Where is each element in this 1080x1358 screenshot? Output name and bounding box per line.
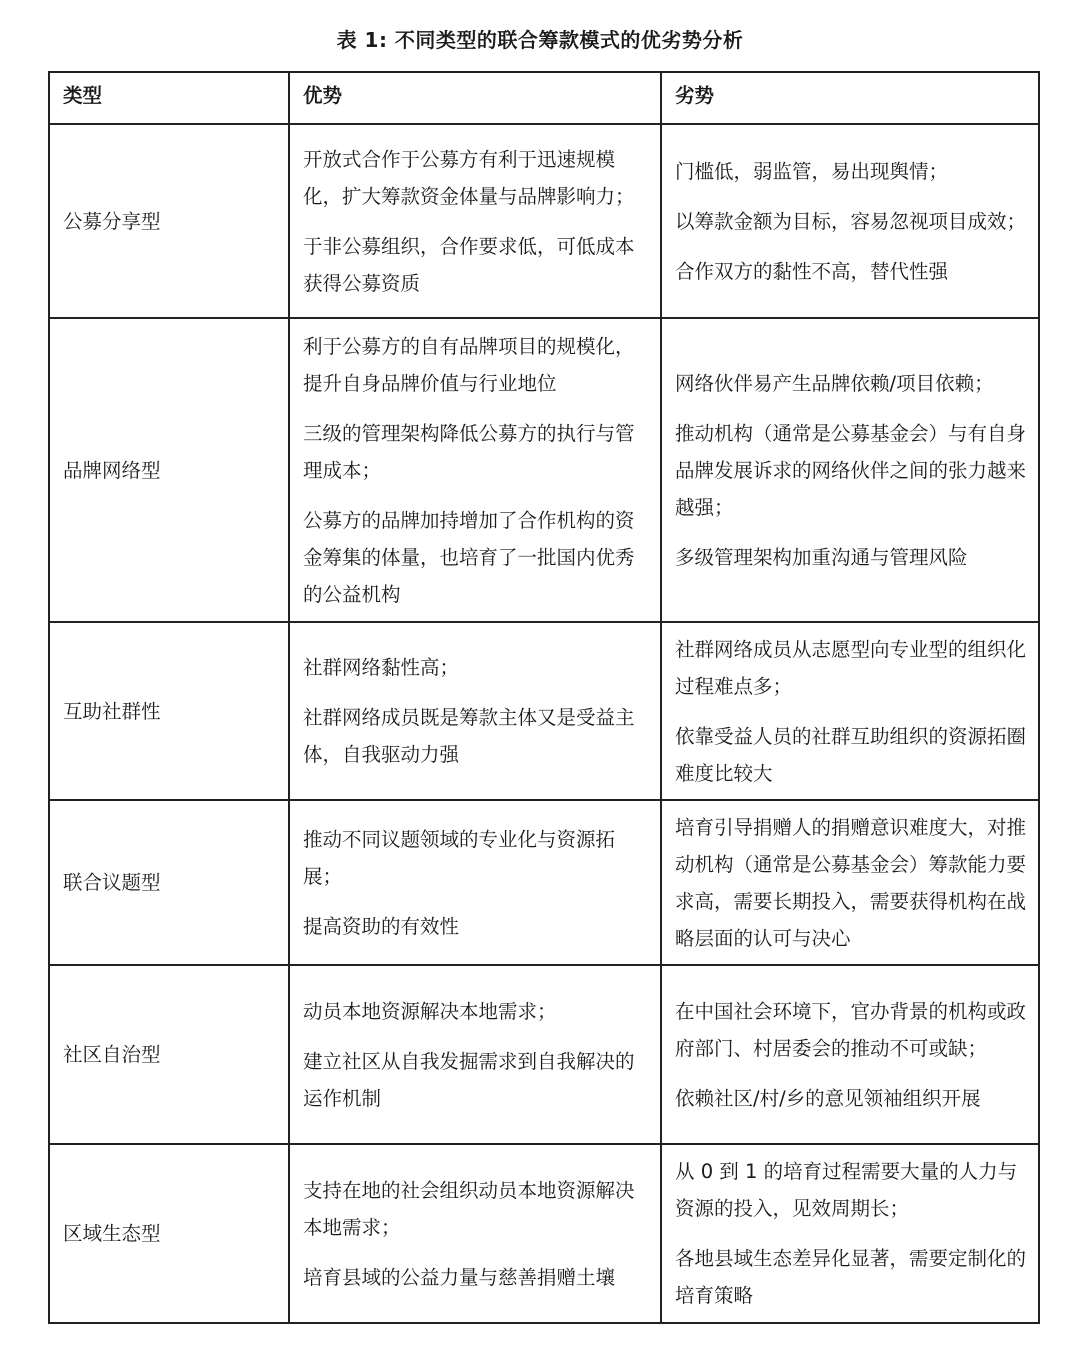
table-row: 公募分享型开放式合作于公募方有利于迅速规模化，扩大筹款资金体量与品牌影响力；于非… — [49, 124, 1039, 318]
cell-type: 公募分享型 — [49, 124, 289, 318]
advantage-item: 于非公募组织，合作要求低，可低成本获得公募资质 — [303, 228, 648, 302]
header-advantages: 优势 — [289, 72, 661, 124]
advantage-item: 支持在地的社会组织动员本地资源解决本地需求； — [303, 1172, 648, 1246]
disadvantage-item: 依赖社区/村/乡的意见领袖组织开展 — [675, 1080, 1026, 1117]
advantage-item: 社群网络成员既是筹款主体又是受益主体，自我驱动力强 — [303, 699, 648, 773]
table-row: 互助社群性社群网络黏性高；社群网络成员既是筹款主体又是受益主体，自我驱动力强社群… — [49, 622, 1039, 800]
comparison-table: 类型 优势 劣势 公募分享型开放式合作于公募方有利于迅速规模化，扩大筹款资金体量… — [48, 71, 1040, 1324]
disadvantage-item: 在中国社会环境下，官办背景的机构或政府部门、村居委会的推动不可或缺； — [675, 993, 1026, 1067]
advantage-item: 社群网络黏性高； — [303, 649, 648, 686]
header-type: 类型 — [49, 72, 289, 124]
cell-type: 区域生态型 — [49, 1144, 289, 1323]
disadvantage-item: 各地县域生态差异化显著，需要定制化的培育策略 — [675, 1240, 1026, 1314]
disadvantage-item: 依靠受益人员的社群互助组织的资源拓圈难度比较大 — [675, 718, 1026, 792]
advantage-item: 动员本地资源解决本地需求； — [303, 993, 648, 1030]
advantage-item: 提高资助的有效性 — [303, 908, 648, 945]
disadvantage-item: 以筹款金额为目标，容易忽视项目成效； — [675, 203, 1026, 240]
advantage-item: 利于公募方的自有品牌项目的规模化，提升自身品牌价值与行业地位 — [303, 328, 648, 402]
table-header-row: 类型 优势 劣势 — [49, 72, 1039, 124]
cell-disadvantages: 网络伙伴易产生品牌依赖/项目依赖；推动机构（通常是公募基金会）与有自身品牌发展诉… — [661, 318, 1039, 622]
table-row: 品牌网络型利于公募方的自有品牌项目的规模化，提升自身品牌价值与行业地位三级的管理… — [49, 318, 1039, 622]
cell-type: 品牌网络型 — [49, 318, 289, 622]
advantage-item: 三级的管理架构降低公募方的执行与管理成本； — [303, 415, 648, 489]
disadvantage-item: 合作双方的黏性不高，替代性强 — [675, 253, 1026, 290]
table-row: 区域生态型支持在地的社会组织动员本地资源解决本地需求；培育县域的公益力量与慈善捐… — [49, 1144, 1039, 1323]
table-row: 社区自治型动员本地资源解决本地需求；建立社区从自我发掘需求到自我解决的运作机制在… — [49, 965, 1039, 1144]
cell-type: 联合议题型 — [49, 800, 289, 965]
cell-disadvantages: 培育引导捐赠人的捐赠意识难度大，对推动机构（通常是公募基金会）筹款能力要求高，需… — [661, 800, 1039, 965]
disadvantage-item: 从 0 到 1 的培育过程需要大量的人力与资源的投入，见效周期长； — [675, 1153, 1026, 1227]
disadvantage-item: 培育引导捐赠人的捐赠意识难度大，对推动机构（通常是公募基金会）筹款能力要求高，需… — [675, 809, 1026, 957]
table-caption: 表 1: 不同类型的联合筹款模式的优劣势分析 — [0, 24, 1080, 53]
cell-disadvantages: 社群网络成员从志愿型向专业型的组织化过程难点多；依靠受益人员的社群互助组织的资源… — [661, 622, 1039, 800]
table-row: 联合议题型推动不同议题领域的专业化与资源拓展；提高资助的有效性培育引导捐赠人的捐… — [49, 800, 1039, 965]
advantage-item: 公募方的品牌加持增加了合作机构的资金筹集的体量，也培育了一批国内优秀的公益机构 — [303, 502, 648, 613]
cell-type: 互助社群性 — [49, 622, 289, 800]
disadvantage-item: 网络伙伴易产生品牌依赖/项目依赖； — [675, 365, 1026, 402]
cell-advantages: 社群网络黏性高；社群网络成员既是筹款主体又是受益主体，自我驱动力强 — [289, 622, 661, 800]
advantage-item: 推动不同议题领域的专业化与资源拓展； — [303, 821, 648, 895]
cell-advantages: 支持在地的社会组织动员本地资源解决本地需求；培育县域的公益力量与慈善捐赠土壤 — [289, 1144, 661, 1323]
cell-advantages: 利于公募方的自有品牌项目的规模化，提升自身品牌价值与行业地位三级的管理架构降低公… — [289, 318, 661, 622]
disadvantage-item: 社群网络成员从志愿型向专业型的组织化过程难点多； — [675, 631, 1026, 705]
cell-advantages: 推动不同议题领域的专业化与资源拓展；提高资助的有效性 — [289, 800, 661, 965]
cell-advantages: 动员本地资源解决本地需求；建立社区从自我发掘需求到自我解决的运作机制 — [289, 965, 661, 1144]
disadvantage-item: 门槛低，弱监管，易出现舆情； — [675, 153, 1026, 190]
header-disadvantages: 劣势 — [661, 72, 1039, 124]
advantage-item: 建立社区从自我发掘需求到自我解决的运作机制 — [303, 1043, 648, 1117]
disadvantage-item: 推动机构（通常是公募基金会）与有自身品牌发展诉求的网络伙伴之间的张力越来越强； — [675, 415, 1026, 526]
cell-disadvantages: 从 0 到 1 的培育过程需要大量的人力与资源的投入，见效周期长；各地县域生态差… — [661, 1144, 1039, 1323]
cell-disadvantages: 在中国社会环境下，官办背景的机构或政府部门、村居委会的推动不可或缺；依赖社区/村… — [661, 965, 1039, 1144]
cell-type: 社区自治型 — [49, 965, 289, 1144]
cell-advantages: 开放式合作于公募方有利于迅速规模化，扩大筹款资金体量与品牌影响力；于非公募组织，… — [289, 124, 661, 318]
disadvantage-item: 多级管理架构加重沟通与管理风险 — [675, 539, 1026, 576]
advantage-item: 开放式合作于公募方有利于迅速规模化，扩大筹款资金体量与品牌影响力； — [303, 141, 648, 215]
cell-disadvantages: 门槛低，弱监管，易出现舆情；以筹款金额为目标，容易忽视项目成效；合作双方的黏性不… — [661, 124, 1039, 318]
advantage-item: 培育县域的公益力量与慈善捐赠土壤 — [303, 1259, 648, 1296]
